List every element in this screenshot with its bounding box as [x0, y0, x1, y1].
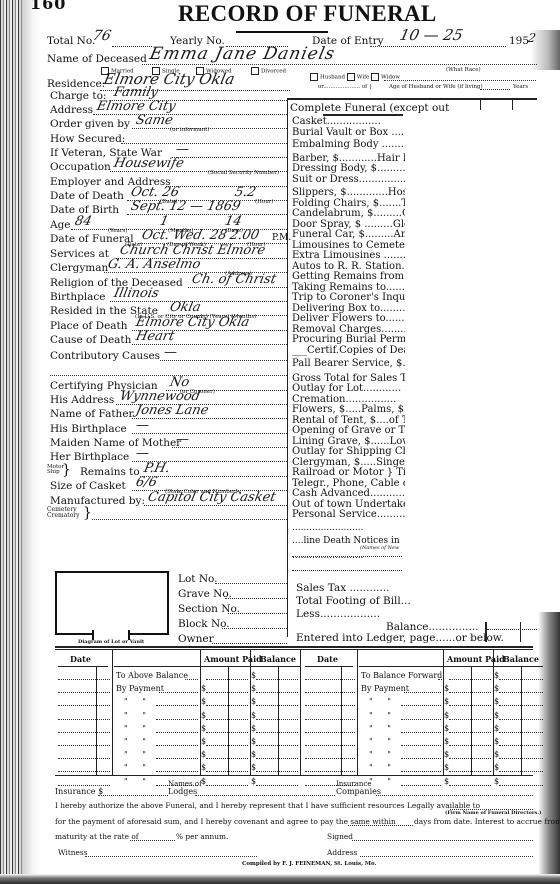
ledger-right-amount-cell[interactable] [449, 719, 491, 720]
companies-label: Companies [336, 787, 381, 796]
ledger-left-row-label: By Payment [116, 684, 164, 693]
ledger-center-divider [300, 650, 301, 775]
field-line[interactable] [140, 476, 287, 477]
firm-name-note: (Firm Name of Funeral Directors.) [445, 810, 541, 816]
balance-divider-2 [520, 622, 521, 642]
percent-text: % per annum. [176, 832, 228, 841]
field-label: Contributory Causes [50, 350, 160, 362]
charge-item[interactable]: Outlay for Shipping Charg [292, 446, 405, 457]
ledger-left-date-cell[interactable] [58, 732, 110, 733]
ledger-left-date-cell[interactable] [58, 719, 110, 720]
ledger-left-amount-cell[interactable] [206, 719, 248, 720]
charge-item[interactable]: Flowers, $.....Palms, $.. [292, 404, 405, 415]
ledger-left-date-cell[interactable] [58, 785, 110, 786]
or-of-label: or..................... of } [318, 84, 372, 90]
field-value-2[interactable]: 5.2 [233, 185, 257, 200]
field-note-2: (Hour) [255, 199, 274, 205]
ledger-left-ditto: " " [124, 697, 152, 706]
ledger-right-balance-cell[interactable] [499, 758, 543, 759]
year-prefix: 195 [509, 35, 529, 47]
ledger-right-date-cell[interactable] [305, 771, 355, 772]
owner-field[interactable] [212, 643, 287, 644]
ledger-left-date-cell[interactable] [58, 705, 110, 706]
ledger-right-desc-line [401, 705, 441, 706]
field-note: (or informant) [170, 127, 210, 133]
field-label: Size of Casket [50, 480, 126, 492]
ledger-left-balance-cell[interactable] [256, 785, 298, 786]
authorize-text: I hereby authorize the above Funeral, an… [55, 801, 480, 810]
field-value[interactable]: Okla [168, 300, 202, 315]
field-value[interactable]: Wynnewood [118, 389, 201, 404]
ledger-top-rule [55, 646, 533, 648]
entered-into-ledger: Entered into Ledger, page......or below. [296, 632, 504, 644]
spouse-line [384, 80, 536, 81]
field-value[interactable]: Family [112, 85, 159, 100]
total-no-label: Total No. [47, 35, 95, 47]
field-label: Occupation [50, 161, 111, 173]
charge-item[interactable]: Embalming Body .......... [292, 139, 405, 150]
ledger-right-header-amount-paid: Amount Paid [447, 654, 505, 664]
brace: } [83, 505, 92, 521]
field-value[interactable]: G. A. Anselmo [106, 257, 201, 272]
ledger-right-amount-cell[interactable] [449, 785, 491, 786]
ledger-right-ditto: " " [369, 724, 397, 733]
header-rule [359, 666, 543, 667]
field-value-2[interactable]: 1 [158, 214, 169, 229]
field-label: Services at [50, 248, 109, 260]
field-label: Clergyman [50, 262, 108, 274]
field-label: His Address [50, 394, 114, 406]
charges-heading: Complete Funeral (except out [290, 102, 449, 114]
ledger-left-amount-cell[interactable] [206, 745, 248, 746]
charge-item[interactable]: Slippers, $.............Hos [292, 187, 405, 198]
date-of-entry-line [370, 46, 506, 47]
ledger-left-balance-cell[interactable] [256, 692, 298, 693]
ledger-left-date-cell[interactable] [58, 745, 110, 746]
lot-no-label: Lot No. [178, 573, 218, 585]
field-line[interactable] [144, 505, 287, 506]
ledger-right-date-cell[interactable] [305, 745, 355, 746]
field-note: (Social Security Number) [208, 170, 279, 176]
field-value[interactable]: Church Christ Elmore [118, 243, 266, 258]
field-value[interactable]: — [134, 446, 150, 461]
ledger-right-amount-cell[interactable] [449, 705, 491, 706]
ledger-right-balance-cell[interactable] [499, 679, 543, 680]
field-value[interactable]: Elmore City Okla [134, 315, 250, 330]
brace: } [62, 462, 71, 478]
ledger-left-balance-cell[interactable] [256, 732, 298, 733]
lodges-field[interactable] [195, 795, 335, 796]
ledger-left-date-cell[interactable] [58, 771, 110, 772]
ledger-right-amount-cell[interactable] [449, 692, 491, 693]
field-value-2[interactable]: 2.00 [228, 228, 260, 243]
lot-no-field[interactable] [215, 583, 287, 584]
charge-item[interactable]: Railroad or Motor } Tickets, $....... [292, 467, 405, 478]
owner-label: Owner [178, 633, 214, 645]
page-title: RECORD OF FUNERAL [178, 1, 437, 27]
ledger-bottom-rule [55, 775, 533, 776]
charge-item[interactable]: Outlay for Lot............ [292, 383, 401, 394]
ledger-left-ditto: " " [124, 737, 152, 746]
field-label: Date of Death [50, 190, 124, 202]
charge-item[interactable]: Candelabrum, $.........Can [292, 208, 405, 219]
charge-item[interactable]: Casket................. [292, 116, 381, 127]
ledger-left-header-balance: Balance [260, 654, 296, 664]
binding-shadow [22, 0, 40, 884]
names-of-newspapers-note: (Names of New [360, 545, 399, 551]
ledger-right-desc-line [401, 758, 441, 759]
field-value[interactable]: Heart [134, 329, 175, 344]
ledger-right-desc-line [401, 785, 441, 786]
ledger-left-balance-cell[interactable] [256, 745, 298, 746]
residence-label: Residence: [47, 78, 105, 90]
ledger-left-ditto: " " [124, 777, 152, 786]
header-rule [58, 666, 108, 667]
ledger-right-desc-line [401, 732, 441, 733]
block-no-field[interactable] [222, 628, 287, 629]
ledger-right-desc-line [401, 745, 441, 746]
charge-item[interactable]: Dressing Body, $.......... [292, 163, 405, 174]
ledger-top-rule-2 [55, 649, 533, 650]
ledger-right-balance-cell[interactable] [499, 692, 543, 693]
field-value[interactable]: — [134, 418, 150, 433]
ledger-left-balance-cell[interactable] [256, 758, 298, 759]
ledger-left-amount-cell[interactable] [206, 679, 248, 680]
title-divider [236, 31, 328, 33]
field-label: Place of Death [50, 320, 128, 332]
diagram-caption: Diagram of Lot or Vault [78, 639, 144, 645]
ledger-right-balance-cell[interactable] [499, 771, 543, 772]
payment-text: for the payment of aforesaid sum, and I … [55, 817, 396, 826]
ledger-right-row-label: By Payment [361, 684, 409, 693]
grave-no-field[interactable] [225, 598, 287, 599]
field-label: Address [50, 104, 93, 116]
panel-top-rule [287, 98, 537, 100]
age-spouse-label: Age of Husband or Wife (if living) [389, 84, 483, 90]
charge-blank-line[interactable] [292, 556, 402, 557]
panel-tick-2 [512, 98, 513, 110]
witness-field[interactable] [85, 856, 257, 857]
ledger-left-ditto: " " [124, 711, 152, 720]
name-of-deceased-label: Name of Deceased [47, 53, 147, 65]
field-line[interactable] [132, 344, 287, 345]
field-label: Maiden Name of Mother [50, 437, 181, 449]
ledger-left-amount-cell[interactable] [206, 692, 248, 693]
field-value[interactable]: Jones Lane [134, 403, 210, 418]
book-binding-edge [0, 0, 22, 884]
ledger-right-amount-cell[interactable] [449, 732, 491, 733]
charge-item[interactable]: Opening of Grave or Tomb [292, 425, 405, 436]
field-line[interactable] [166, 186, 287, 187]
ledger-col-divider [357, 650, 358, 775]
header-rule [114, 666, 300, 667]
ledger-left-ditto: " " [124, 750, 152, 759]
charge-blank-line[interactable] [292, 570, 402, 571]
ledger-right-ditto: " " [369, 777, 397, 786]
ledger-right-balance-cell[interactable] [499, 732, 543, 733]
address-label: Address [327, 848, 357, 857]
ledger-right-amount-cell[interactable] [449, 771, 491, 772]
ledger-left-amount-cell[interactable] [206, 758, 248, 759]
signature-field[interactable] [352, 840, 533, 841]
charge-item[interactable]: Trip to Coroner's Inquest . [292, 292, 405, 303]
panel-tick-1 [480, 98, 481, 110]
days-text: days from date. Interest to accrue from [414, 817, 560, 826]
ledger-right-date-cell[interactable] [305, 758, 355, 759]
ledger-left-desc-line [185, 679, 198, 680]
ledger-right-desc-line [404, 692, 441, 693]
lot-diagram-box [55, 571, 169, 635]
field-line[interactable] [132, 433, 287, 434]
charge-item[interactable]: ......................... [292, 523, 364, 533]
ledger-left-desc-line [156, 705, 198, 706]
ledger-left-row-label: To Above Balance [116, 671, 188, 680]
ledger-left-balance-cell[interactable] [256, 719, 298, 720]
ledger-left-desc-line [156, 732, 198, 733]
ledger-right-balance-cell[interactable] [499, 705, 543, 706]
diagram-gap [92, 630, 128, 636]
field-value[interactable]: No [168, 375, 190, 390]
ledger-right-desc-line [401, 719, 441, 720]
grave-no-label: Grave No. [178, 588, 232, 600]
field-line[interactable] [172, 157, 287, 158]
signer-address-field[interactable] [360, 856, 533, 857]
insurance-companies-field[interactable] [376, 795, 533, 796]
days-field[interactable] [348, 825, 413, 826]
less-row[interactable]: Less.................. [296, 608, 380, 620]
ledger-right-balance-cell[interactable] [499, 785, 543, 786]
total-no-line [112, 46, 152, 47]
insurance-amount-field[interactable] [98, 795, 168, 796]
field-label: Order given by [50, 118, 130, 130]
cemetery-field[interactable] [92, 519, 287, 520]
ledger-right-amount-cell[interactable] [449, 758, 491, 759]
charge-item[interactable]: Procuring Burial Permit... [292, 334, 405, 345]
field-line[interactable] [188, 287, 287, 288]
ledger-right-ditto: " " [369, 711, 397, 720]
field-label: Name of Father [50, 408, 134, 420]
ledger-left-balance-cell[interactable] [256, 679, 298, 680]
field-line[interactable] [160, 360, 287, 361]
field-value[interactable]: P.H. [142, 461, 171, 476]
compiled-by: Compiled by F. J. FEINEMAN, St. Louis, M… [242, 861, 377, 867]
ledger-left-header-date: Date [70, 654, 91, 664]
field-label: Cause of Death [50, 334, 131, 346]
ledger-col-divider [112, 650, 113, 775]
ledger-right-date-cell[interactable] [305, 719, 355, 720]
field-label: Birthplace [50, 291, 106, 303]
ledger-left-amount-cell[interactable] [206, 705, 248, 706]
field-value[interactable]: Sept. 12 — 1869 [129, 199, 242, 214]
ledger-left-header-amount-paid: Amount Paid [204, 654, 262, 664]
date-of-entry-value[interactable]: 10 — 25 [398, 26, 465, 44]
interest-rate-field[interactable] [130, 840, 175, 841]
section-no-field[interactable] [228, 613, 287, 614]
ledger-right-balance-cell[interactable] [499, 719, 543, 720]
ledger-left-date-cell[interactable] [58, 758, 110, 759]
checkbox-divorced[interactable]: Divorced [251, 67, 286, 75]
ledger-left-amount-cell[interactable] [206, 785, 248, 786]
ledger-right-ditto: " " [369, 763, 397, 772]
age-spouse-line [480, 89, 510, 90]
charge-item[interactable]: Extra Limousines ......... [292, 250, 405, 261]
charge-item[interactable]: Suit or Dress............... [292, 174, 405, 185]
charge-item[interactable]: Cash Advanced........... [292, 488, 405, 499]
field-value[interactable]: Ch. of Christ [190, 272, 277, 287]
ledger-right-balance-cell[interactable] [499, 745, 543, 746]
ledger-left-amount-cell[interactable] [206, 771, 248, 772]
charge-item[interactable]: ___Certif.Copies of Death C [292, 345, 405, 356]
ledger-right-desc-line [401, 771, 441, 772]
ledger-left-desc-line [156, 719, 198, 720]
ledger-left-desc-line [156, 771, 198, 772]
ledger-right-ditto: " " [369, 697, 397, 706]
ledger-right-amount-cell[interactable] [449, 679, 491, 680]
ledger-right-date-cell[interactable] [305, 732, 355, 733]
balance-line [487, 629, 537, 630]
ledger-left-balance-cell[interactable] [256, 771, 298, 772]
ledger-left-date-cell[interactable] [58, 679, 110, 680]
name-line [142, 64, 537, 65]
ledger-right-date-cell[interactable] [305, 705, 355, 706]
cemetery-crematory-label: CemeteryCrematory [47, 507, 80, 519]
ledger-left-desc-line [159, 692, 198, 693]
page-number: 160 [30, 0, 66, 13]
years-label: Years [513, 84, 528, 90]
charge-item[interactable]: Personal Service......... [292, 509, 405, 520]
ledger-left-balance-cell[interactable] [256, 705, 298, 706]
page-curl-right [538, 612, 560, 874]
field-label: How Secured: [50, 133, 125, 145]
ledger-right-amount-cell[interactable] [449, 745, 491, 746]
field-value[interactable]: Oct. Wed. 28 [140, 228, 228, 243]
charge-item[interactable]: Funeral Car, $.........Amb [292, 229, 405, 240]
name-of-deceased-value[interactable]: Emma Jane Daniels [148, 44, 337, 64]
ledger-left-desc-line [156, 745, 198, 746]
what-race-label: (What Race) [446, 67, 481, 73]
ledger-right-row-label: To Balance Forward [361, 671, 442, 680]
field-label: Age [50, 219, 71, 231]
ledger-left-desc-line [156, 758, 198, 759]
ledger-left-ditto: " " [124, 763, 152, 772]
field-label: His Birthplace [50, 423, 127, 435]
field-value[interactable]: — [174, 142, 190, 157]
header-rule [305, 666, 353, 667]
sales-tax-row[interactable]: Sales Tax ............ [296, 582, 390, 594]
field-line[interactable] [50, 375, 287, 376]
field-value[interactable]: Capitol City Casket [146, 490, 277, 505]
witness-label: Witness [58, 848, 88, 857]
charge-item[interactable]: Deliver Flowers to........ [292, 313, 405, 324]
field-value[interactable]: — [162, 345, 178, 360]
ledger-right-date-cell[interactable] [305, 692, 355, 693]
field-line[interactable] [93, 114, 287, 115]
lodges-label: Lodges [168, 787, 197, 796]
total-footing-row[interactable]: Total Footing of Bill... [296, 595, 411, 607]
ledger-left-ditto: " " [124, 724, 152, 733]
field-label: Remains to [80, 466, 140, 478]
page-bottom-shadow [0, 874, 560, 884]
field-value[interactable]: 6/6 [134, 475, 158, 490]
ledger-right-ditto: " " [369, 750, 397, 759]
field-value[interactable]: Oct. 26 [129, 185, 180, 200]
ledger-right-header-date: Date [317, 654, 338, 664]
ledger-right-desc-line [438, 679, 442, 680]
field-line[interactable] [172, 447, 287, 448]
charge-item[interactable]: Pall Bearer Service, $..... [292, 358, 405, 369]
field-value-3[interactable]: 14 [223, 214, 243, 229]
charge-item[interactable]: Getting Remains from..... [292, 271, 405, 282]
ledger-left-date-cell[interactable] [58, 692, 110, 693]
field-line[interactable] [127, 214, 287, 215]
field-line[interactable] [121, 143, 287, 144]
field-value[interactable]: Elmore City [95, 99, 177, 114]
insurance-amount-label: Insurance $ [55, 787, 103, 796]
field-value[interactable]: Housewife [112, 156, 185, 171]
charge-item[interactable]: Burial Vault or Box ........ [292, 127, 405, 138]
field-value[interactable]: 84 [73, 214, 93, 229]
field-value[interactable]: — [174, 432, 190, 447]
signed-label: Signed [327, 832, 353, 841]
ledger-left-amount-cell[interactable] [206, 732, 248, 733]
total-no-value[interactable]: 76 [91, 28, 112, 44]
ledger-right-ditto: " " [369, 737, 397, 746]
field-value[interactable]: Same [134, 113, 174, 128]
field-value[interactable]: Illinois [112, 286, 160, 301]
ledger-right-date-cell[interactable] [305, 679, 355, 680]
maturity-text: maturity at the rate of [55, 832, 139, 841]
ledger-right-header-balance: Balance [503, 654, 539, 664]
field-line[interactable] [132, 418, 287, 419]
